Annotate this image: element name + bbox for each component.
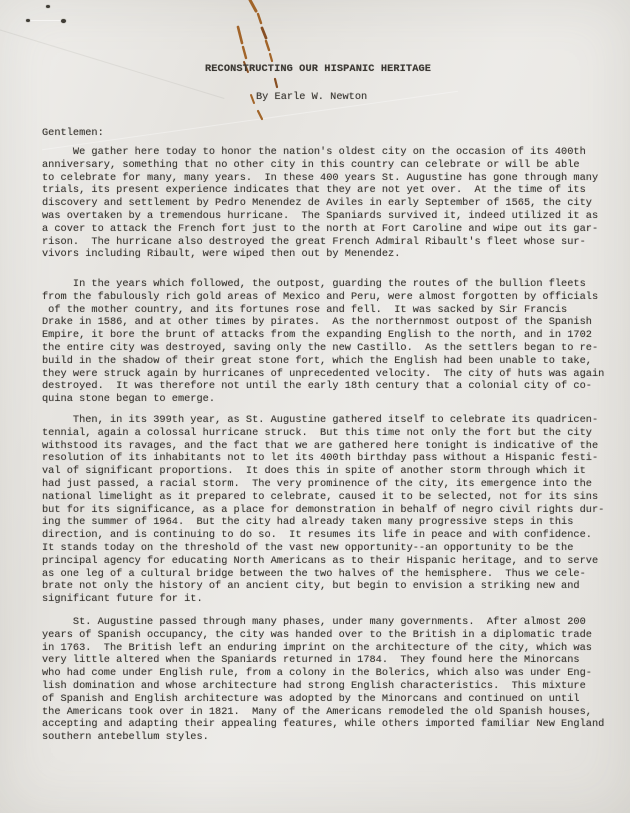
paragraph-2: In the years which followed, the outpost… — [42, 278, 604, 406]
speck-dot — [61, 19, 66, 23]
paper-crease — [42, 91, 458, 150]
paragraph-4: St. Augustine passed through many phases… — [42, 616, 604, 744]
byline: By Earle W. Newton — [256, 91, 367, 104]
paragraph-1: We gather here today to honor the nation… — [42, 146, 598, 261]
salutation: Gentlemen: — [42, 127, 104, 140]
speck-dot — [26, 19, 30, 22]
speck-dot — [46, 5, 50, 8]
page-title: RECONSTRUCTING OUR HISPANIC HERITAGE — [205, 63, 431, 76]
paragraph-3: Then, in its 399th year, as St. Augustin… — [42, 414, 604, 606]
document-page: RECONSTRUCTING OUR HISPANIC HERITAGE By … — [0, 0, 630, 813]
paper-crease — [0, 22, 224, 99]
paper-scratch — [30, 20, 62, 21]
